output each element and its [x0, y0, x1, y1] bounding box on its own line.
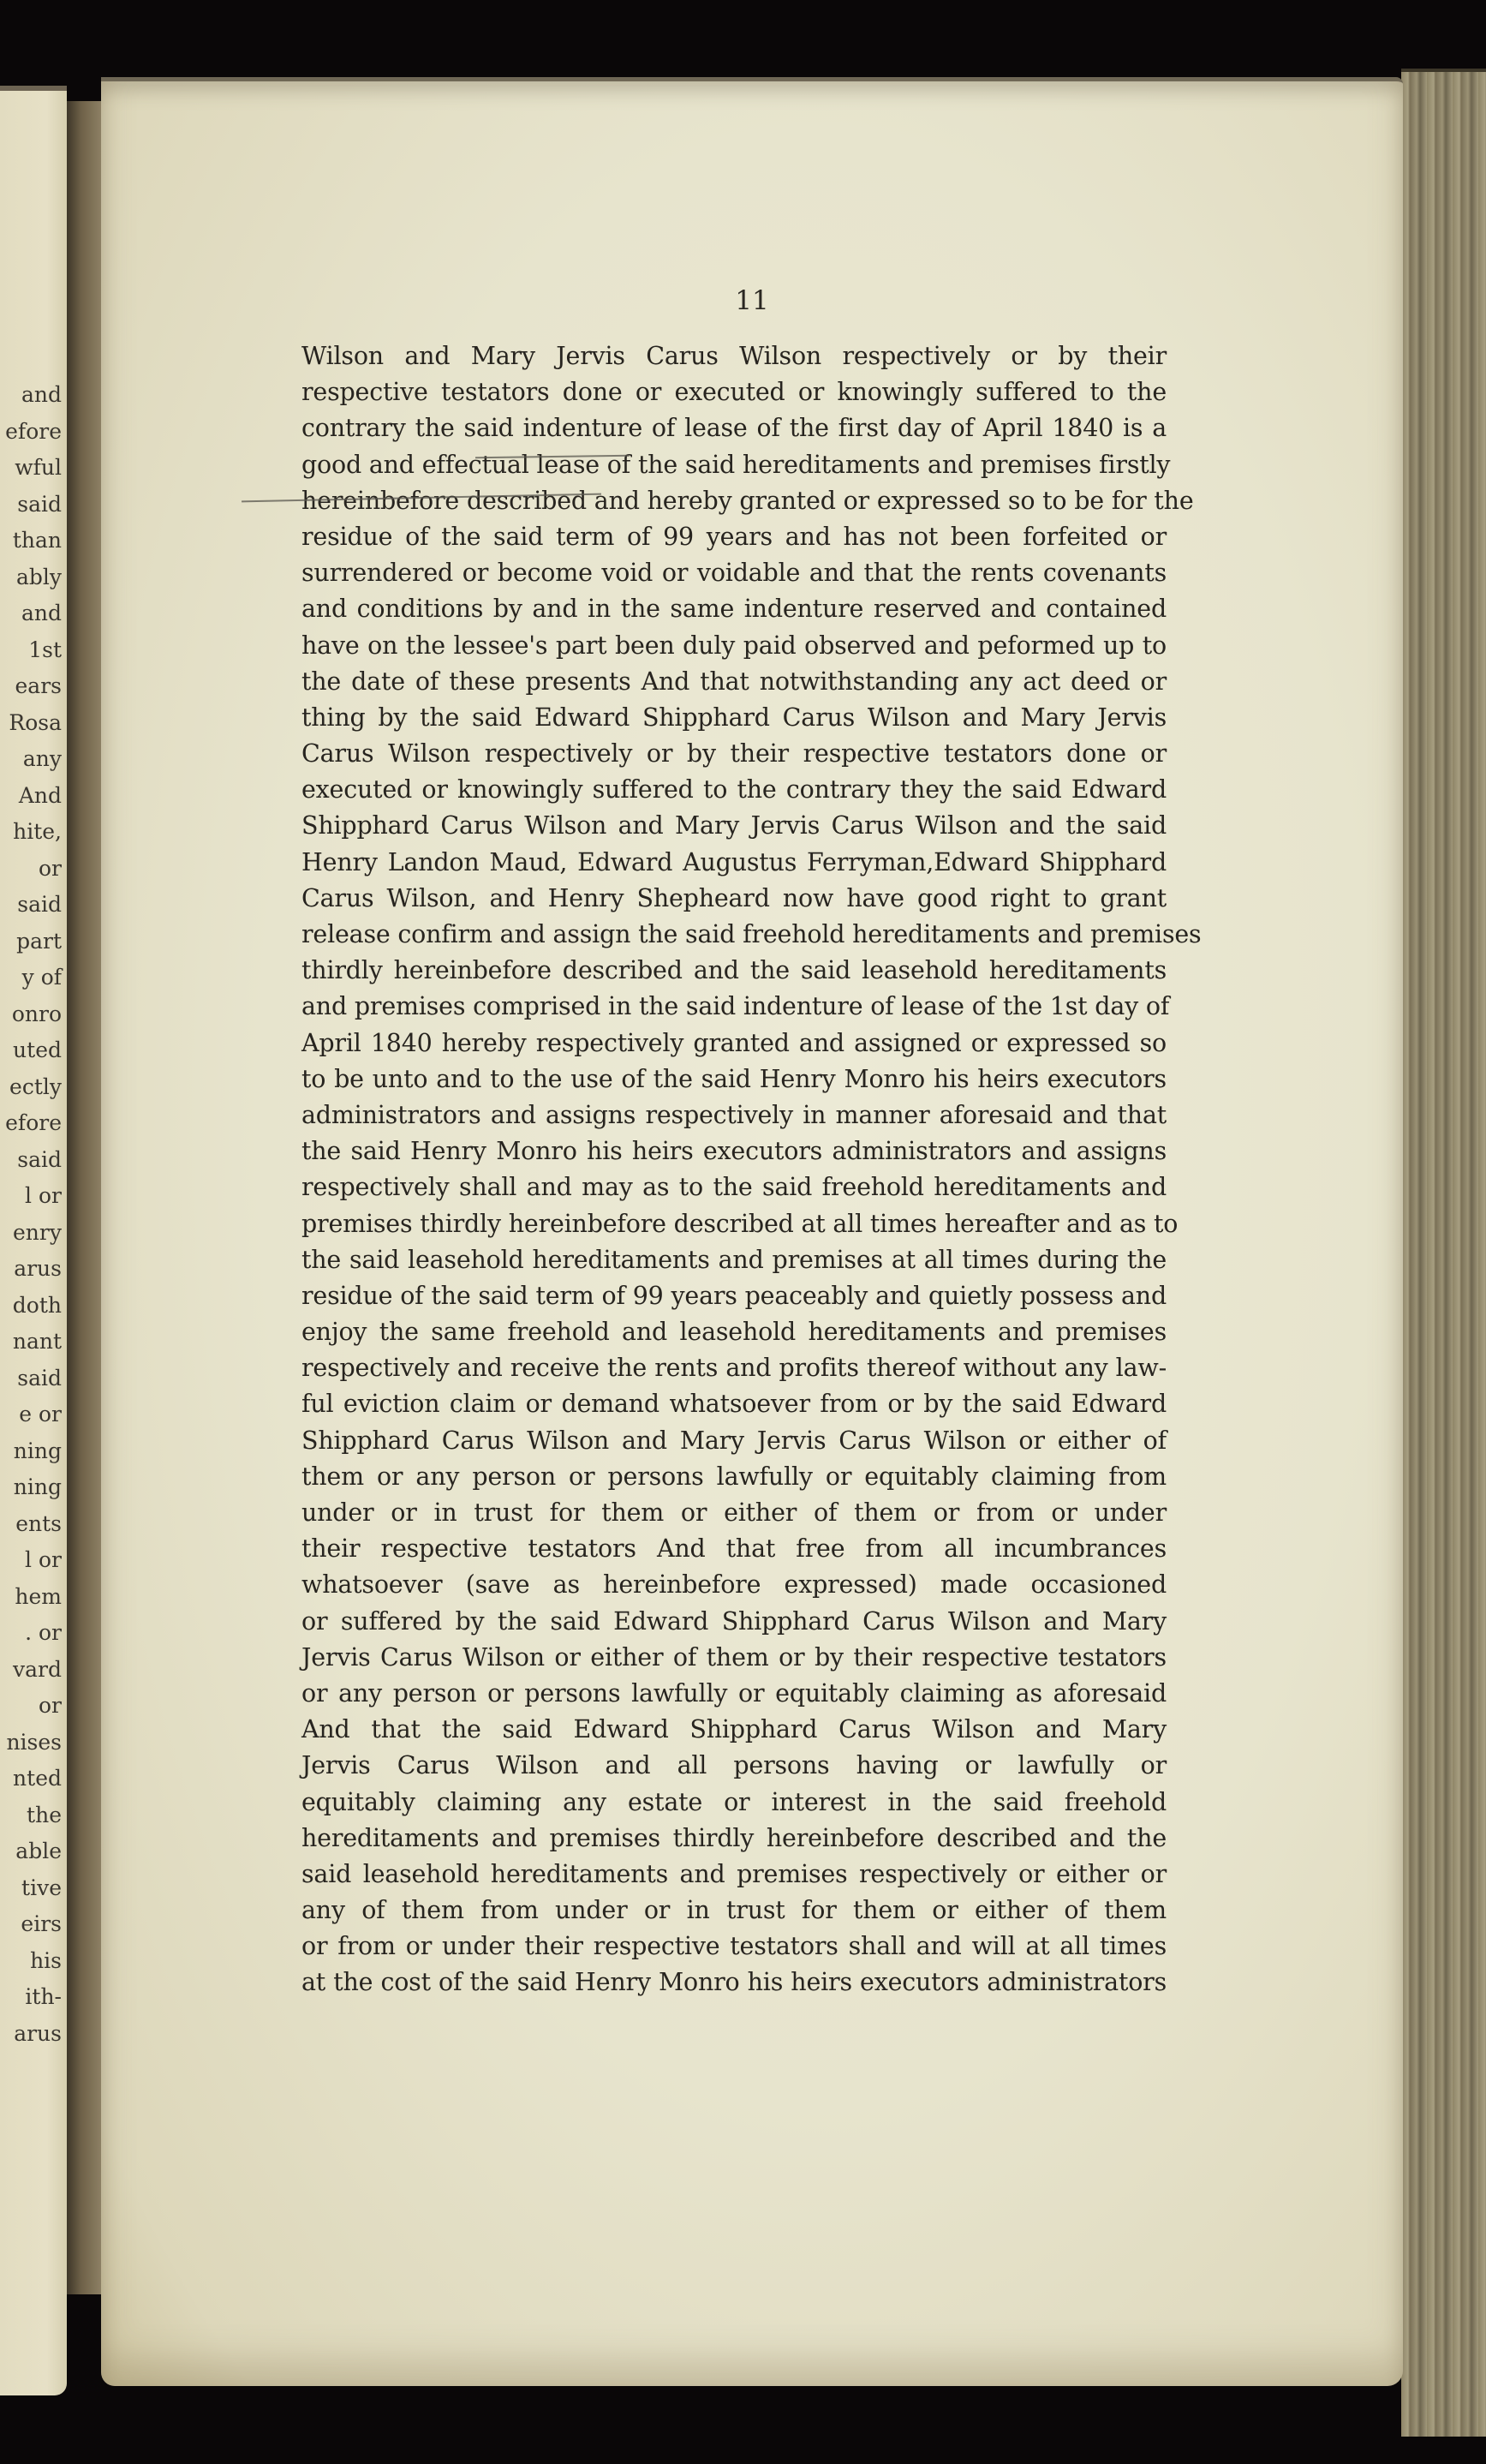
left-page-text-fragment: said [17, 1147, 62, 1172]
left-page-text-fragment: ning [14, 1474, 62, 1499]
left-page-text-fragment: arus [14, 2021, 62, 2046]
text-line: ful eviction claim or demand whatsoever … [301, 1386, 1167, 1422]
left-page-text-fragment: ith- [25, 1984, 62, 2009]
left-page-text-fragment: ents [15, 1511, 62, 1536]
text-line: have on the lessee's part been duly paid… [301, 628, 1167, 664]
left-page-text-fragment: uted [13, 1038, 62, 1062]
left-page-text-fragment: efore [5, 419, 62, 444]
text-line: thirdly hereinbefore described and the s… [301, 953, 1167, 989]
left-page-text-fragment: ning [14, 1438, 62, 1463]
left-page-text-fragment: hite, [13, 819, 62, 844]
book-gutter [67, 101, 103, 2294]
left-page-text-fragment: any [23, 746, 62, 771]
text-line: respectively and receive the rents and p… [301, 1350, 1167, 1386]
left-page-text-fragment: ears [15, 673, 62, 698]
page-stack-edges [1401, 69, 1486, 2437]
left-page-text-fragment: ably [16, 565, 62, 589]
left-page-text-fragment: eirs [21, 1911, 62, 1936]
left-page-text-fragment: ectly [9, 1074, 62, 1099]
text-line: or from or under their respective testat… [301, 1929, 1167, 1965]
left-page-text-fragment: onro [12, 1002, 62, 1026]
left-page-text-fragment: nted [13, 1766, 62, 1791]
left-page-edge: andeforewfulsaidthanablyand1stearsRosaan… [0, 86, 67, 2395]
text-line: any of them from under or in trust for t… [301, 1893, 1167, 1929]
left-page-text-fragment: the [27, 1803, 62, 1827]
left-page-text-fragment: enry [13, 1220, 62, 1245]
left-page-text-fragment: efore [5, 1110, 62, 1135]
left-page-text-fragment: And [19, 783, 62, 808]
text-line: hereditaments and premises thirdly herei… [301, 1821, 1167, 1857]
left-page-text-fragment: able [15, 1839, 62, 1863]
text-line: the said leasehold hereditaments and pre… [301, 1242, 1167, 1278]
left-page-text-fragment: e or [19, 1402, 62, 1426]
left-page-text-fragment: nant [13, 1329, 62, 1354]
text-line: whatsoever (save as hereinbefore express… [301, 1567, 1167, 1603]
text-line: their respective testators And that free… [301, 1531, 1167, 1567]
left-page-text-fragment: Rosa [9, 710, 62, 735]
text-line: respective testators done or executed or… [301, 374, 1167, 410]
left-page-text-fragment: and [21, 382, 62, 407]
text-line: premises thirdly hereinbefore described … [301, 1206, 1167, 1242]
left-page-text-fragment: vard [13, 1657, 62, 1682]
text-line: the said Henry Monro his heirs executors… [301, 1133, 1167, 1169]
text-line: residue of the said term of 99 years and… [301, 519, 1167, 555]
left-page-text-fragment: or [39, 1693, 62, 1718]
left-page-text-fragment: than [13, 528, 62, 553]
left-page-text-fragment: tive [21, 1875, 62, 1900]
text-line: good and effectual lease of the said her… [301, 447, 1167, 483]
text-line: residue of the said term of 99 years pea… [301, 1278, 1167, 1314]
left-page-text-fragment: l or [25, 1547, 62, 1572]
left-page-text-fragment: doth [13, 1293, 62, 1318]
left-page-text-fragment: said [17, 1366, 62, 1390]
left-page-text-fragment: said [17, 892, 62, 917]
text-line: Carus Wilson, and Henry Shepheard now ha… [301, 881, 1167, 917]
text-line: Henry Landon Maud, Edward Augustus Ferry… [301, 845, 1167, 881]
left-page-text-fragment: 1st [28, 637, 62, 662]
text-line: to be unto and to the use of the said He… [301, 1062, 1167, 1097]
text-line: and conditions by and in the same indent… [301, 591, 1167, 627]
text-line: Wilson and Mary Jervis Carus Wilson resp… [301, 338, 1167, 374]
text-line: Jervis Carus Wilson or either of them or… [301, 1640, 1167, 1676]
text-line: surrendered or become void or voidable a… [301, 555, 1167, 591]
left-page-text-fragment: or [39, 856, 62, 881]
text-line: said leasehold hereditaments and premise… [301, 1857, 1167, 1893]
text-line: the date of these presents And that notw… [301, 664, 1167, 700]
left-page-text-fragment: l or [25, 1183, 62, 1208]
text-line: release confirm and assign the said free… [301, 917, 1167, 953]
text-line: April 1840 hereby respectively granted a… [301, 1026, 1167, 1062]
text-line: and premises comprised in the said inden… [301, 989, 1167, 1025]
text-line: executed or knowingly suffered to the co… [301, 772, 1167, 808]
text-line: And that the said Edward Shipphard Carus… [301, 1712, 1167, 1748]
text-line: equitably claiming any estate or interes… [301, 1785, 1167, 1821]
text-line: or any person or persons lawfully or equ… [301, 1676, 1167, 1712]
text-line: contrary the said indenture of lease of … [301, 410, 1167, 446]
left-page-text-fragment: . or [25, 1620, 62, 1645]
body-text: Wilson and Mary Jervis Carus Wilson resp… [301, 338, 1167, 2001]
left-page-text-fragment: nises [6, 1730, 62, 1755]
text-line: Shipphard Carus Wilson and Mary Jervis C… [301, 808, 1167, 844]
left-page-text-fragment: part [16, 929, 62, 954]
left-page-text-fragment: said [17, 492, 62, 517]
left-page-text-fragment: wful [15, 455, 62, 480]
text-line: respectively shall and may as to the sai… [301, 1169, 1167, 1205]
text-line: enjoy the same freehold and leasehold he… [301, 1314, 1167, 1350]
left-page-text-fragment: y of [22, 965, 62, 990]
text-line: under or in trust for them or either of … [301, 1495, 1167, 1531]
left-page-text-fragment: and [21, 601, 62, 625]
text-line: administrators and assigns respectively … [301, 1097, 1167, 1133]
text-line: or suffered by the said Edward Shipphard… [301, 1604, 1167, 1640]
text-line: Shipphard Carus Wilson and Mary Jervis C… [301, 1423, 1167, 1459]
page-number: 11 [101, 285, 1403, 316]
left-page-text-fragment: hem [15, 1584, 62, 1609]
text-line: hereinbefore described and hereby grante… [301, 483, 1167, 519]
text-line: Carus Wilson respectively or by their re… [301, 736, 1167, 772]
left-page-text-fragment: his [30, 1948, 62, 1973]
text-line: thing by the said Edward Shipphard Carus… [301, 700, 1167, 736]
left-page-text-fragment: arus [14, 1256, 62, 1281]
text-line: them or any person or persons lawfully o… [301, 1459, 1167, 1495]
text-line: at the cost of the said Henry Monro his … [301, 1965, 1167, 2001]
text-line: Jervis Carus Wilson and all persons havi… [301, 1748, 1167, 1784]
